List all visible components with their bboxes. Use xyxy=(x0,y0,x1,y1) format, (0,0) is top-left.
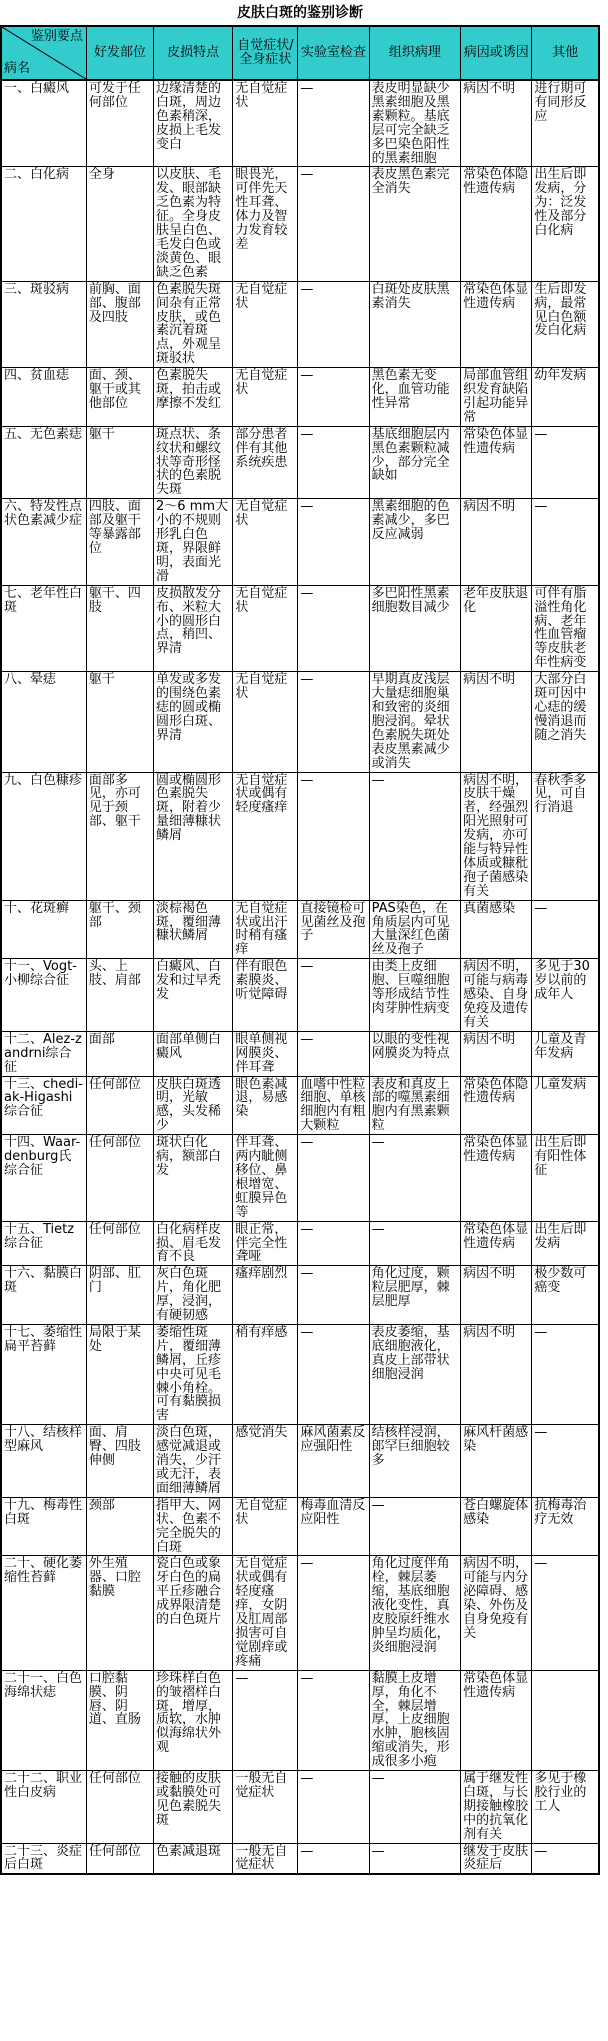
cell-disease-name: 四、贫血痣 xyxy=(1,368,86,427)
cell-lesion: 淡白色斑，感觉减退或消失，少汗或无汗，表面细薄鳞屑 xyxy=(154,1425,233,1498)
cell-etiology: 常染色体显性遗传病 xyxy=(461,281,532,367)
table-row: 二十一、白色海绵状痣 口腔黏膜、阴唇、阴道、直肠 珍珠样白色的皱褶样白斑，增厚，… xyxy=(1,1670,599,1770)
cell-lesion: 皮肤白斑透明，光敏感，头发稀少 xyxy=(154,1076,233,1135)
cell-lesion: 色素减退斑 xyxy=(154,1843,233,1874)
cell-disease-name: 二十二、职业性白皮病 xyxy=(1,1771,86,1844)
cell-pathology: 表皮黑色素完全消失 xyxy=(369,167,461,281)
header-row: 鉴别要点 病名 好发部位 皮损特点 自觉症状/全身症状 实验室检查 组织病理 病… xyxy=(1,26,599,80)
table-row: 十八、结核样型麻风 面、肩臀、四肢伸侧 淡白色斑，感觉减退或消失，少汗或无汗，表… xyxy=(1,1425,599,1498)
cell-symptom: 眼色素减退，易感染 xyxy=(233,1076,298,1135)
cell-lab: 血嗜中性粒细胞、单核细胞内有粗大颗粒 xyxy=(298,1076,369,1135)
cell-lab: — xyxy=(298,1135,369,1221)
cell-disease-name: 五、无色素痣 xyxy=(1,426,86,499)
cell-other: — xyxy=(532,1843,599,1874)
cell-symptom: 无自觉症状 xyxy=(233,368,298,427)
cell-disease-name: 二十三、炎症后白斑 xyxy=(1,1843,86,1874)
cell-etiology: 真菌感染 xyxy=(461,900,532,959)
cell-pathology: 结核样浸润，郎罕巨细胞较多 xyxy=(369,1425,461,1498)
cell-symptom: — xyxy=(233,1670,298,1770)
cell-symptom: 无自觉症状或偶有轻度瘙痒 xyxy=(233,772,298,900)
corner-label-criteria: 鉴别要点 xyxy=(31,30,83,44)
table-row: 二十二、职业性白皮病 任何部位 接触的皮肤或黏膜处可见色素脱失斑 一般无自觉症状… xyxy=(1,1771,599,1844)
col-header-lesion: 皮损特点 xyxy=(154,26,233,80)
cell-disease-name: 十三、chedi-ak-Higashi综合征 xyxy=(1,1076,86,1135)
cell-symptom: 伴有眼色素膜炎、听觉障碍 xyxy=(233,959,298,1032)
cell-other: 可伴有脂溢性角化病、老年性血管瘤等皮肤老年性病变 xyxy=(532,585,599,671)
cell-pathology: — xyxy=(369,1843,461,1874)
page-title: 皮肤白斑的鉴别诊断 xyxy=(0,0,600,25)
cell-site: 颈部 xyxy=(86,1497,153,1556)
cell-lab: — xyxy=(298,672,369,772)
cell-site: 面部多见，亦可见于颈部、躯干 xyxy=(86,772,153,900)
corner-label-disease: 病名 xyxy=(4,62,30,76)
cell-pathology: 由类上皮细胞、巨噬细胞等形成结节性肉芽肿性病变 xyxy=(369,959,461,1032)
cell-other: 多见于30岁以前的成年人 xyxy=(532,959,599,1032)
cell-site: 任何部位 xyxy=(86,1076,153,1135)
cell-other: 抗梅毒治疗无效 xyxy=(532,1497,599,1556)
cell-disease-name: 三、斑驳病 xyxy=(1,281,86,367)
cell-pathology: 基底细胞层内黑色素颗粒减少，部分完全缺如 xyxy=(369,426,461,499)
cell-disease-name: 十七、萎缩性扁平苔藓 xyxy=(1,1324,86,1424)
cell-lesion: 珍珠样白色的皱褶样白斑，增厚，质软，水肿似海绵状外观 xyxy=(154,1670,233,1770)
cell-lab: 直接镜检可见菌丝及孢子 xyxy=(298,900,369,959)
cell-lab: — xyxy=(298,772,369,900)
cell-site: 口腔黏膜、阴唇、阴道、直肠 xyxy=(86,1670,153,1770)
table-row: 十五、Tietz综合征 任何部位 白化病样皮损、眉毛发育不良 眼正常，伴完全性聋… xyxy=(1,1221,599,1266)
cell-etiology: 属于继发性白斑，与长期接触橡胶中的抗氧化剂有关 xyxy=(461,1771,532,1844)
cell-etiology: 常染色体显性遗传病 xyxy=(461,1135,532,1221)
cell-site: 躯干 xyxy=(86,672,153,772)
cell-pathology: — xyxy=(369,1135,461,1221)
table-row: 三、斑驳病 前胸、面部、腹部及四肢 色素脱失斑间杂有正常皮肤，或色素沉着斑点，外… xyxy=(1,281,599,367)
table-row: 十二、Alez-zandrni综合征 面部 面部单侧白癜风 眼单侧视网膜炎、伴耳… xyxy=(1,1031,599,1076)
col-header-pathology: 组织病理 xyxy=(369,26,461,80)
cell-symptom: 无自觉症状或偶有轻度瘙痒，女阴及肛周部损害可自觉剧痒或疼痛 xyxy=(233,1556,298,1670)
table-row: 一、白癜风 可发于任何部位 边缘清楚的白斑，周边色素稍深，皮损上毛发变白 无自觉… xyxy=(1,80,599,167)
cell-lab: — xyxy=(298,1266,369,1325)
table-row: 四、贫血痣 面、颈、躯干或其他部位 色素脱失斑，拍击或摩擦不发红 无自觉症状 —… xyxy=(1,368,599,427)
cell-lesion: 瓷白色或象牙白色的扁平丘疹融合成界限清楚的白色斑片 xyxy=(154,1556,233,1670)
cell-site: 前胸、面部、腹部及四肢 xyxy=(86,281,153,367)
cell-disease-name: 十、花斑癣 xyxy=(1,900,86,959)
cell-pathology: 黑素细胞的色素减少，多巴反应减弱 xyxy=(369,499,461,585)
cell-lesion: 接触的皮肤或黏膜处可见色素脱失斑 xyxy=(154,1771,233,1844)
cell-lesion: 淡棕褐色斑，覆细薄糠状鳞屑 xyxy=(154,900,233,959)
cell-etiology: 苍白螺旋体感染 xyxy=(461,1497,532,1556)
table-body: 一、白癜风 可发于任何部位 边缘清楚的白斑，周边色素稍深，皮损上毛发变白 无自觉… xyxy=(1,80,599,1874)
cell-lesion: 色素脱失斑间杂有正常皮肤，或色素沉着斑点，外观呈斑驳状 xyxy=(154,281,233,367)
table-row: 二、白化病 全身 以皮肤、毛发、眼部缺乏色素为特征。全身皮肤呈白色、毛发白色或淡… xyxy=(1,167,599,281)
cell-site: 躯干、四肢 xyxy=(86,585,153,671)
cell-etiology: 常染色体隐性遗传病 xyxy=(461,167,532,281)
cell-lab: — xyxy=(298,1556,369,1670)
cell-site: 任何部位 xyxy=(86,1135,153,1221)
cell-lab: 麻风菌素反应强阳性 xyxy=(298,1425,369,1498)
cell-pathology: — xyxy=(369,1497,461,1556)
cell-site: 头、上肢、肩部 xyxy=(86,959,153,1032)
cell-etiology: 病因不明 xyxy=(461,1266,532,1325)
cell-site: 任何部位 xyxy=(86,1221,153,1266)
cell-pathology: 早期真皮浅层大量痣细胞巢和致密的炎细胞浸润。晕状色素脱失斑处表皮黑素减少或消失 xyxy=(369,672,461,772)
cell-pathology: — xyxy=(369,1221,461,1266)
cell-etiology: 病因不明 xyxy=(461,499,532,585)
cell-disease-name: 十二、Alez-zandrni综合征 xyxy=(1,1031,86,1076)
cell-other: — xyxy=(532,900,599,959)
table-row: 六、特发性点状色素减少症 四肢、面部及躯干等暴露部位 2～6 mm大小的不规则形… xyxy=(1,499,599,585)
cell-site: 躯干 xyxy=(86,426,153,499)
cell-other: — xyxy=(532,1556,599,1670)
cell-lesion: 圆或椭圆形色素脱失斑，附着少量细薄糠状鳞屑 xyxy=(154,772,233,900)
cell-lab: — xyxy=(298,1843,369,1874)
cell-pathology: 黏膜上皮增厚，角化不全，棘层增厚，上皮细胞水肿，胞核固缩或消失，形成很多小疱 xyxy=(369,1670,461,1770)
cell-etiology: 局部血管组织发育缺陷引起功能异常 xyxy=(461,368,532,427)
cell-other: 多见于橡胶行业的工人 xyxy=(532,1771,599,1844)
cell-lesion: 单发或多发的围绕色素痣的圆或椭圆形白斑、界清 xyxy=(154,672,233,772)
cell-pathology: 以眼的变性视网膜炎为特点 xyxy=(369,1031,461,1076)
cell-symptom: 瘙痒剧烈 xyxy=(233,1266,298,1325)
cell-lesion: 白癜风、白发和过早秃发 xyxy=(154,959,233,1032)
cell-symptom: 部分患者伴有其他系统疾患 xyxy=(233,426,298,499)
cell-symptom: 伴耳聋、两内眦侧移位、鼻根增宽、虹膜异色等 xyxy=(233,1135,298,1221)
cell-lab: — xyxy=(298,585,369,671)
cell-lesion: 斑状白化病，额部白发 xyxy=(154,1135,233,1221)
cell-other: 出生后即有阳性体征 xyxy=(532,1135,599,1221)
cell-lab: — xyxy=(298,1031,369,1076)
cell-disease-name: 一、白癜风 xyxy=(1,80,86,167)
cell-other: 幼年发病 xyxy=(532,368,599,427)
cell-lesion: 色素脱失斑，拍击或摩擦不发红 xyxy=(154,368,233,427)
cell-disease-name: 二十、硬化萎缩性苔藓 xyxy=(1,1556,86,1670)
cell-lab: — xyxy=(298,167,369,281)
cell-lesion: 萎缩性斑片，覆细薄鳞屑，丘疹中央可见毛棘小角栓。可有黏膜损害 xyxy=(154,1324,233,1424)
cell-disease-name: 九、白色糠疹 xyxy=(1,772,86,900)
cell-symptom: 稍有痒感 xyxy=(233,1324,298,1424)
cell-symptom: 眼单侧视网膜炎、伴耳聋 xyxy=(233,1031,298,1076)
cell-other: 进行期可有同形反应 xyxy=(532,80,599,167)
table-row: 十、花斑癣 躯干、颈部 淡棕褐色斑，覆细薄糠状鳞屑 无自觉症状或出汗时稍有瘙痒 … xyxy=(1,900,599,959)
cell-pathology: 表皮和真皮上部的噬黑素细胞内有黑素颗粒 xyxy=(369,1076,461,1135)
cell-other: 生后即发病，最常见白色额发白化病 xyxy=(532,281,599,367)
cell-lesion: 面部单侧白癜风 xyxy=(154,1031,233,1076)
cell-other: — xyxy=(532,1425,599,1498)
cell-site: 任何部位 xyxy=(86,1843,153,1874)
cell-etiology: 常染色体显性遗传病 xyxy=(461,1221,532,1266)
cell-site: 躯干、颈部 xyxy=(86,900,153,959)
cell-symptom: 眼畏光，可伴先天性耳聋、体力及智力发育较差 xyxy=(233,167,298,281)
cell-disease-name: 六、特发性点状色素减少症 xyxy=(1,499,86,585)
cell-site: 阴部、肛门 xyxy=(86,1266,153,1325)
cell-disease-name: 二、白化病 xyxy=(1,167,86,281)
cell-lab: — xyxy=(298,80,369,167)
table-row: 十四、Waar-denburg氏综合征 任何部位 斑状白化病，额部白发 伴耳聋、… xyxy=(1,1135,599,1221)
cell-other: 春秋季多见，可自行消退 xyxy=(532,772,599,900)
cell-site: 四肢、面部及躯干等暴露部位 xyxy=(86,499,153,585)
cell-symptom: 无自觉症状或出汗时稍有瘙痒 xyxy=(233,900,298,959)
cell-other: 儿童及青年发病 xyxy=(532,1031,599,1076)
cell-other: 大部分白斑可因中心痣的缓慢消退而随之消失 xyxy=(532,672,599,772)
cell-lesion: 灰白色斑片，角化肥厚，浸润，有硬韧感 xyxy=(154,1266,233,1325)
cell-symptom: 眼正常，伴完全性聋哑 xyxy=(233,1221,298,1266)
table-row: 九、白色糠疹 面部多见，亦可见于颈部、躯干 圆或椭圆形色素脱失斑，附着少量细薄糠… xyxy=(1,772,599,900)
cell-etiology: 病因不明 xyxy=(461,672,532,772)
cell-etiology: 常染色体隐性遗传病 xyxy=(461,1076,532,1135)
cell-disease-name: 十八、结核样型麻风 xyxy=(1,1425,86,1498)
cell-lesion: 边缘清楚的白斑，周边色素稍深，皮损上毛发变白 xyxy=(154,80,233,167)
cell-site: 面部 xyxy=(86,1031,153,1076)
cell-symptom: 一般无自觉症状 xyxy=(233,1843,298,1874)
cell-site: 面、肩臀、四肢伸侧 xyxy=(86,1425,153,1498)
cell-lab: — xyxy=(298,426,369,499)
page: 皮肤白斑的鉴别诊断 鉴别要点 病名 好发部位 皮损特点 自觉症状/全身症状 实验… xyxy=(0,0,608,1875)
cell-pathology: — xyxy=(369,772,461,900)
table-row: 七、老年性白斑 躯干、四肢 皮损散发分布、米粒大小的圆形白点，稍凹、界清 无自觉… xyxy=(1,585,599,671)
cell-etiology: 病因不明 xyxy=(461,1031,532,1076)
cell-pathology: 表皮明显缺少黑素细胞及黑素颗粒。基底层可完全缺乏多巴染色阳性的黑素细胞 xyxy=(369,80,461,167)
cell-other: 出生后即发病 xyxy=(532,1221,599,1266)
cell-site: 面、颈、躯干或其他部位 xyxy=(86,368,153,427)
col-header-symptom: 自觉症状/全身症状 xyxy=(233,26,298,80)
cell-other: 儿童发病 xyxy=(532,1076,599,1135)
cell-disease-name: 十九、梅毒性白斑 xyxy=(1,1497,86,1556)
cell-site: 任何部位 xyxy=(86,1771,153,1844)
col-header-etiology: 病因或诱因 xyxy=(461,26,532,80)
table-row: 二十三、炎症后白斑 任何部位 色素减退斑 一般无自觉症状 — — 继发于皮肤炎症… xyxy=(1,1843,599,1874)
cell-lesion: 白化病样皮损、眉毛发育不良 xyxy=(154,1221,233,1266)
cell-symptom: 感觉消失 xyxy=(233,1425,298,1498)
cell-lab: 梅毒血清反应阳性 xyxy=(298,1497,369,1556)
cell-lab: — xyxy=(298,499,369,585)
cell-other: 极少数可癌变 xyxy=(532,1266,599,1325)
cell-etiology: 病因不明 xyxy=(461,1324,532,1424)
cell-site: 局限于某处 xyxy=(86,1324,153,1424)
cell-other xyxy=(532,1670,599,1770)
cell-pathology: PAS染色，在角质层内可见大量深红色菌丝及孢子 xyxy=(369,900,461,959)
cell-symptom: 无自觉症状 xyxy=(233,672,298,772)
table-row: 十七、萎缩性扁平苔藓 局限于某处 萎缩性斑片，覆细薄鳞屑，丘疹中央可见毛棘小角栓… xyxy=(1,1324,599,1424)
col-header-lab: 实验室检查 xyxy=(298,26,369,80)
cell-disease-name: 二十一、白色海绵状痣 xyxy=(1,1670,86,1770)
cell-site: 外生殖器、口腔黏膜 xyxy=(86,1556,153,1670)
cell-symptom: 无自觉症状 xyxy=(233,281,298,367)
cell-lesion: 斑点状、条纹状和螺纹状等奇形怪状的色素脱失斑 xyxy=(154,426,233,499)
cell-pathology: 角化过度伴角栓，棘层萎缩，基底细胞液化变性，真皮胶原纤维水肿呈均质化，炎细胞浸润 xyxy=(369,1556,461,1670)
cell-symptom: 无自觉症状 xyxy=(233,585,298,671)
cell-etiology: 病因不明 xyxy=(461,80,532,167)
cell-lab: — xyxy=(298,368,369,427)
cell-site: 全身 xyxy=(86,167,153,281)
table-row: 十六、黏膜白斑 阴部、肛门 灰白色斑片，角化肥厚，浸润，有硬韧感 瘙痒剧烈 — … xyxy=(1,1266,599,1325)
cell-etiology: 病因不明，可能与内分泌障碍、感染、外伤及自身免疫有关 xyxy=(461,1556,532,1670)
cell-disease-name: 八、晕痣 xyxy=(1,672,86,772)
cell-disease-name: 七、老年性白斑 xyxy=(1,585,86,671)
cell-pathology: 表皮萎缩，基底细胞液化，真皮上部带状细胞浸润 xyxy=(369,1324,461,1424)
col-header-other: 其他 xyxy=(532,26,599,80)
cell-lab: — xyxy=(298,281,369,367)
cell-pathology: 白斑处皮肤黑素消失 xyxy=(369,281,461,367)
table-row: 五、无色素痣 躯干 斑点状、条纹状和螺纹状等奇形怪状的色素脱失斑 部分患者伴有其… xyxy=(1,426,599,499)
table-row: 十九、梅毒性白斑 颈部 指甲大、网状、色素不完全脱失的白斑 无自觉症状 梅毒血清… xyxy=(1,1497,599,1556)
cell-symptom: 无自觉症状 xyxy=(233,1497,298,1556)
table-row: 十三、chedi-ak-Higashi综合征 任何部位 皮肤白斑透明，光敏感，头… xyxy=(1,1076,599,1135)
cell-pathology: 角化过度，颗粒层肥厚，棘层肥厚 xyxy=(369,1266,461,1325)
cell-etiology: 病因不明，皮肤干燥者，经强烈阳光照射可发病，亦可能与特异性体质或糠秕孢子菌感染有… xyxy=(461,772,532,900)
cell-etiology: 病因不明，可能与病毒感染、自身免疫及遗传有关 xyxy=(461,959,532,1032)
cell-site: 可发于任何部位 xyxy=(86,80,153,167)
cell-disease-name: 十五、Tietz综合征 xyxy=(1,1221,86,1266)
cell-lab: — xyxy=(298,1771,369,1844)
cell-lab: — xyxy=(298,1324,369,1424)
cell-other: — xyxy=(532,426,599,499)
table-row: 二十、硬化萎缩性苔藓 外生殖器、口腔黏膜 瓷白色或象牙白色的扁平丘疹融合成界限清… xyxy=(1,1556,599,1670)
cell-disease-name: 十一、Vogt-小柳综合征 xyxy=(1,959,86,1032)
cell-pathology: 黑色素无变化，血管功能性异常 xyxy=(369,368,461,427)
cell-etiology: 常染色体显性遗传病 xyxy=(461,1670,532,1770)
cell-etiology: 常染色体显性遗传病 xyxy=(461,426,532,499)
cell-disease-name: 十六、黏膜白斑 xyxy=(1,1266,86,1325)
cell-lesion: 以皮肤、毛发、眼部缺乏色素为特征。全身皮肤呈白色、毛发白色或淡黄色、眼缺乏色素 xyxy=(154,167,233,281)
cell-symptom: 无自觉症状 xyxy=(233,80,298,167)
cell-symptom: 无自觉症状 xyxy=(233,499,298,585)
cell-pathology: — xyxy=(369,1771,461,1844)
cell-etiology: 继发于皮肤炎症后 xyxy=(461,1843,532,1874)
cell-disease-name: 十四、Waar-denburg氏综合征 xyxy=(1,1135,86,1221)
diagnosis-table: 鉴别要点 病名 好发部位 皮损特点 自觉症状/全身症状 实验室检查 组织病理 病… xyxy=(0,25,600,1875)
cell-other: — xyxy=(532,1324,599,1424)
col-header-site: 好发部位 xyxy=(86,26,153,80)
cell-other: — xyxy=(532,499,599,585)
cell-lesion: 皮损散发分布、米粒大小的圆形白点，稍凹、界清 xyxy=(154,585,233,671)
cell-lab: — xyxy=(298,1670,369,1770)
cell-etiology: 麻风杆菌感染 xyxy=(461,1425,532,1498)
cell-symptom: 一般无自觉症状 xyxy=(233,1771,298,1844)
corner-cell: 鉴别要点 病名 xyxy=(1,26,86,80)
cell-lesion: 2～6 mm大小的不规则形乳白色斑，界限鲜明，表面光滑 xyxy=(154,499,233,585)
cell-lab: — xyxy=(298,959,369,1032)
table-row: 十一、Vogt-小柳综合征 头、上肢、肩部 白癜风、白发和过早秃发 伴有眼色素膜… xyxy=(1,959,599,1032)
cell-lesion: 指甲大、网状、色素不完全脱失的白斑 xyxy=(154,1497,233,1556)
cell-pathology: 多巴阳性黑素细胞数目减少 xyxy=(369,585,461,671)
table-row: 八、晕痣 躯干 单发或多发的围绕色素痣的圆或椭圆形白斑、界清 无自觉症状 — 早… xyxy=(1,672,599,772)
cell-etiology: 老年皮肤退化 xyxy=(461,585,532,671)
cell-other: 出生后即发病，分为：泛发性及部分白化病 xyxy=(532,167,599,281)
cell-lab: — xyxy=(298,1221,369,1266)
